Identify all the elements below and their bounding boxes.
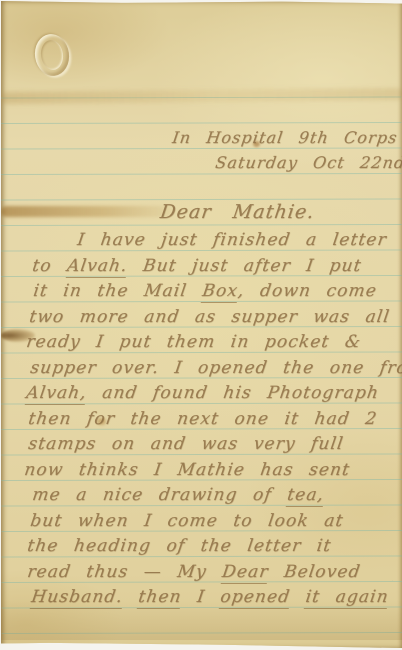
letter-body-line: Husband. then I opened it again	[30, 587, 390, 607]
letter-body-line: stamps on and was very full	[27, 434, 345, 454]
letter-salutation: Dear Mathie.	[159, 202, 316, 222]
letter-body-line: Alvah, and found his Photograph	[25, 383, 380, 403]
letter-body-line: two more and as supper was all	[28, 307, 391, 327]
letter-body-line: me a nice drawing of tea,	[31, 485, 326, 505]
letter-heading-date: Saturday Oct 22nd /64	[214, 153, 402, 173]
letter-body-line: read thus — My Dear Beloved	[26, 562, 362, 582]
letter-body-line: now thinks I Mathie has sent	[23, 460, 351, 480]
letter-body-line: it in the Mail Box, down come	[32, 281, 378, 301]
letter-body-line: ready I put them in pocket &	[25, 332, 363, 352]
letter-paper: In Hospital 9th Corps Saturday Oct 22nd …	[1, 0, 402, 650]
scanned-letter-page: In Hospital 9th Corps Saturday Oct 22nd …	[0, 0, 402, 650]
letter-body-line: supper over. I opened the one from	[29, 358, 402, 378]
embossed-seal-icon	[32, 32, 72, 78]
letter-body-line: but when I come to look at	[29, 511, 345, 531]
letter-body-line: then for the next one it had 2	[27, 409, 379, 429]
letter-body-line: the heading of the letter it	[26, 536, 333, 556]
letter-body-line: to Alvah. But just after I put	[31, 256, 363, 276]
letter-body-line: I have just finished a letter	[76, 230, 388, 250]
letter-heading-place: In Hospital 9th Corps	[171, 128, 399, 148]
embossed-seal-inner-ring	[39, 39, 65, 72]
